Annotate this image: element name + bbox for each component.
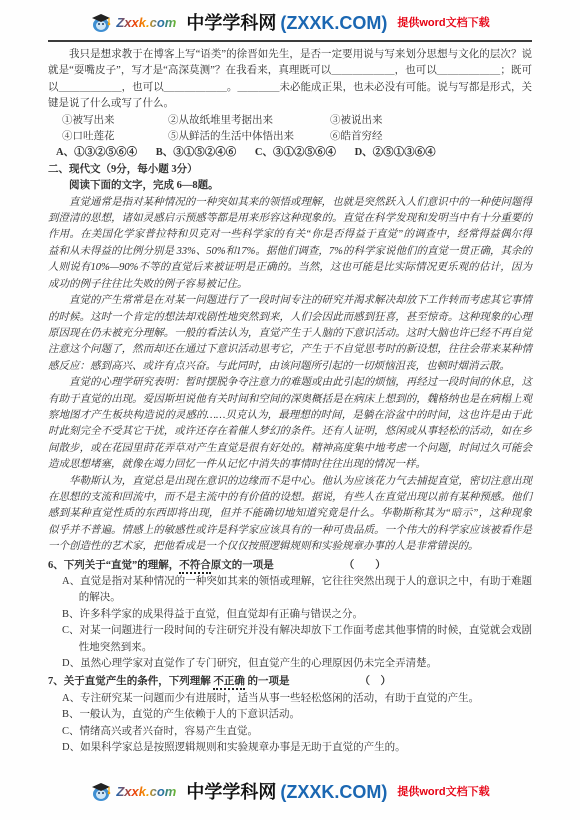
numbered-item: ①被写出来 — [62, 113, 168, 129]
numbered-items-row-2: ④口吐莲花 ⑤从鲜活的生活中体悟出来 ⑥皓首穷经 — [48, 129, 532, 145]
question7-emphasis: 不正确 — [213, 676, 245, 690]
page-footer: Zxxk.com 中学学科网 (ZXXK.COM) 提供word文档下载 — [0, 769, 580, 820]
site-title: 中学学科网 — [186, 13, 276, 33]
zxxk-logo-text: Zxxk.com — [116, 15, 176, 30]
document-page: Zxxk.com 中学学科网 (ZXXK.COM) 提供word文档下载 我只是… — [0, 0, 580, 820]
question7-option-d: D、如果科学家总是按照逻辑规则和实验规章办事是无助于直觉的产生的。 — [62, 740, 532, 756]
numbered-item: ③被说出来 — [330, 113, 532, 129]
numbered-item: ②从故纸堆里考据出来 — [168, 113, 330, 129]
question6-option-a: A、直觉是指对某种情况的一种突如其来的领悟或理解，它往往突然出现于人的意识之中，… — [62, 574, 532, 607]
passage-paragraph-4: 华勒斯认为，直觉总是出现在意识的边缘而不是中心。他认为应该花力气去捕捉直觉，密切… — [48, 474, 532, 556]
zxxk-logo[interactable]: Zxxk.com — [90, 11, 176, 33]
question5-choices: A、①③②⑤⑥④ B、③①⑤②④⑥ C、③①②⑤⑥④ D、②⑤①③⑥④ — [48, 145, 532, 161]
section-heading: 二、现代文（9分，每小题 3分） — [48, 162, 532, 178]
zxxk-mascot-icon — [90, 780, 114, 802]
zxxk-logo-text: Zxxk.com — [116, 784, 176, 799]
zxxk-mascot-icon — [90, 11, 114, 33]
reading-instruction: 阅读下面的文字，完成 6—8题。 — [48, 178, 532, 194]
document-body: 我只是想求教于在博客上写“语类”的徐晋如先生，是否一定要用说与写来划分思想与文化… — [0, 45, 580, 756]
site-code-footer: (ZXXK.COM) — [280, 782, 387, 802]
answer-choice-a: A、①③②⑤⑥④ — [56, 147, 137, 158]
question6-option-c: C、对某一问题进行一段时间的专注研究并没有解决却放下工作面考虑其他事情的时候，直… — [62, 623, 532, 656]
numbered-items-row-1: ①被写出来 ②从故纸堆里考据出来 ③被说出来 — [48, 113, 532, 129]
site-title-footer: 中学学科网 — [186, 782, 276, 802]
passage-paragraph-1: 直觉通常是指对某种情况的一种突如其来的领悟或理解，也就是突然跃入人们意识中的一种… — [48, 195, 532, 293]
answer-choice-b: B、③①⑤②④⑥ — [156, 147, 237, 158]
header-divider — [48, 40, 532, 42]
numbered-item: ⑥皓首穷经 — [330, 129, 532, 145]
question7-stem: 7、关于直觉产生的条件，下列理解 不正确 的一项是（ ） — [48, 674, 532, 690]
word-download-link-footer[interactable]: 提供word文档下载 — [397, 783, 489, 799]
numbered-item: ⑤从鲜活的生活中体悟出来 — [168, 129, 330, 145]
question6-option-d: D、虽然心理学家对直觉作了专门研究，但直觉产生的心理原因仍未完全弄清楚。 — [62, 656, 532, 672]
question7-option-a: A、专注研究某一问题而少有进展时，适当从事一些轻松悠闲的活动，有助于直觉的产生。 — [62, 691, 532, 707]
question6-answer-bracket: （ ） — [344, 560, 386, 571]
question7-option-b: B、一般认为，直觉的产生依赖于人的下意识活动。 — [62, 707, 532, 723]
page-header: Zxxk.com 中学学科网 (ZXXK.COM) 提供word文档下载 — [0, 0, 580, 35]
question6-option-b: B、许多科学家的成果得益于直觉，但直觉却有正确与错误之分。 — [62, 607, 532, 623]
question6-stem: 6、下列关于“直觉”的理解，不符合原文的一项是（ ） — [48, 558, 532, 574]
answer-choice-c: C、③①②⑤⑥④ — [255, 147, 336, 158]
question7-stem-text: 7、关于直觉产生的条件，下列理解 — [48, 676, 213, 687]
question6-emphasis: 不符合 — [179, 560, 211, 574]
question6-stem-tail: 原文的一项是 — [211, 560, 274, 571]
site-code: (ZXXK.COM) — [280, 13, 387, 33]
passage-paragraph-3: 直觉的心理学研究表明：暂时摆脱争夺注意力的难题或由此引起的烦恼，再经过一段时间的… — [48, 375, 532, 473]
passage-paragraph-2: 直觉的产生常常是在对某一问题进行了一段时间专注的研究并渴求解决却放下工作转而考虑… — [48, 293, 532, 375]
numbered-item: ④口吐莲花 — [62, 129, 168, 145]
question7-option-c: C、情绪高兴或者兴奋时，容易产生直觉。 — [62, 724, 532, 740]
question6-stem-text: 6、下列关于“直觉”的理解， — [48, 560, 179, 571]
question7-answer-bracket: （ ） — [360, 676, 392, 687]
zxxk-logo-footer[interactable]: Zxxk.com — [90, 780, 176, 802]
question7-stem-tail: 的一项是 — [245, 676, 290, 687]
question5-intro: 我只是想求教于在博客上写“语类”的徐晋如先生，是否一定要用说与写来划分思想与文化… — [48, 47, 532, 113]
answer-choice-d: D、②⑤①③⑥④ — [355, 147, 436, 158]
word-download-link[interactable]: 提供word文档下载 — [397, 14, 489, 30]
